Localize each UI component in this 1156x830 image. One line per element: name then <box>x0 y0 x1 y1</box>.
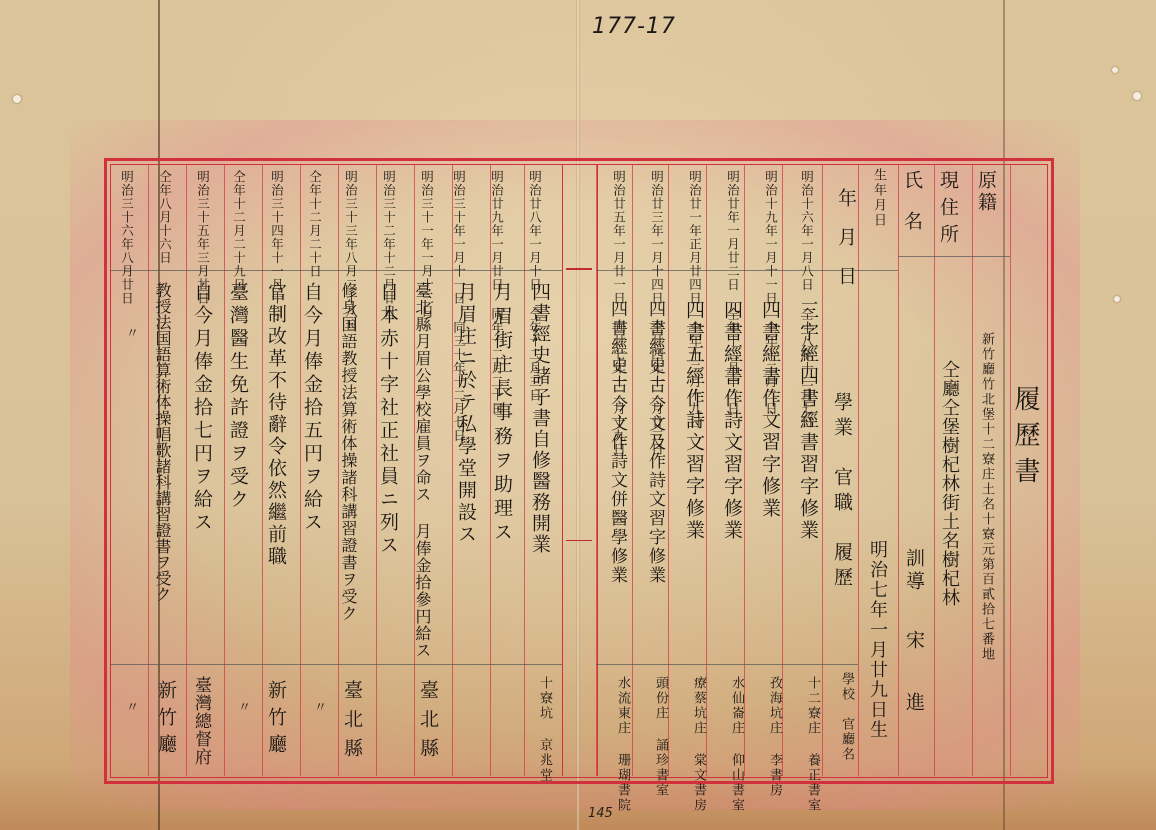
entry-career: 月眉街庄長事務ヲ助理ス <box>492 282 511 546</box>
birth-label: 生年月日 <box>872 168 885 228</box>
entry-career: 自今月俸金拾七円ヲ給ス <box>192 282 211 535</box>
name-title: 訓導 <box>904 548 923 594</box>
entry-place: 療蔡坑庄 棠文書房 <box>692 676 705 813</box>
entry-date: 明治三十六年八月廿日 <box>120 170 133 305</box>
document-title: 履歷書 <box>1012 385 1038 493</box>
name-value: 宋 進 <box>904 630 923 723</box>
origin-label: 原籍 <box>976 170 995 214</box>
entry-place: 〃 <box>236 700 249 715</box>
entry-career: 日本赤十字社正社員ニ列ス <box>378 282 397 558</box>
entry-place: 新竹廳 <box>156 680 175 761</box>
entry-career: 四書五經作詩文習字修業 <box>684 300 703 542</box>
entry-career: 自今月俸金拾五円ヲ給ス <box>302 282 321 535</box>
page-number: 145 <box>588 806 613 821</box>
origin-value: 新竹廳竹北堡十二寮庄土名十寮元第百貳拾七番地 <box>980 332 993 662</box>
entry-place: 水仙崙庄 仰山書室 <box>730 676 743 813</box>
entry-place: 臺灣總督府 <box>192 676 209 766</box>
entry-place: 〃 <box>124 700 137 715</box>
entry-career: 三字經四書經書習字修業 <box>798 300 817 542</box>
entry-career: 四書經書作文習字修業 <box>760 300 779 520</box>
entry-place: 臺北縣 <box>418 680 437 767</box>
entry-date: 仝年十二月二十九日 <box>232 170 245 292</box>
binding-hole <box>1112 67 1118 73</box>
center-gutter <box>562 164 598 776</box>
entry-date: 仝年八月十六日 <box>158 170 171 265</box>
binding-hole <box>1114 296 1120 302</box>
binding-hole <box>13 95 21 103</box>
birth-value: 明治七年一月廿九日生 <box>868 540 886 740</box>
entry-place: 十二寮庄 養正書室 <box>806 676 819 813</box>
entry-date: 仝年十二月二十日 <box>308 170 321 278</box>
gutter-mark <box>566 268 592 270</box>
entry-career: 四書經史古今文及作詩文習字修業 <box>646 300 663 585</box>
residence-value: 仝廳仝堡樹杞林街土名樹杞林 <box>940 360 958 607</box>
gutter-mark <box>566 540 592 541</box>
entry-career: 四書經史古今文作詩文併醫學修業 <box>608 300 625 585</box>
career-column-header: 學業 官職 履歷 <box>832 392 851 592</box>
entry-career: 月眉庄ニ於テ私學堂開設ス <box>456 282 475 546</box>
binding-hole <box>1133 92 1141 100</box>
entry-place: 〃 <box>312 700 325 715</box>
entry-place: 新竹廳 <box>266 680 285 761</box>
entry-career: 教授法国語算術体操唱歌諸科講習證書ヲ受ク <box>154 282 170 602</box>
entry-career: 四書經史諸子書自修醫務開業 <box>530 282 549 555</box>
school-column-header: 學校 官廳名 <box>840 672 853 762</box>
entry-place: 水流東庄 珊瑚書院 <box>616 676 629 813</box>
entry-career: 官制改革不待辭令依然繼前職 <box>266 282 285 568</box>
date-column-header: 年月日 <box>836 188 855 305</box>
entry-place: 孜海坑庄 李書房 <box>768 676 781 798</box>
name-label: 氏名 <box>902 170 921 252</box>
entry-place: 臺北縣 <box>342 680 361 767</box>
archive-number: 177-17 <box>592 14 676 39</box>
entry-place: 頭份庄 誦珍書室 <box>654 676 667 798</box>
entry-career: 四書經書作詩文習字修業 <box>722 300 741 542</box>
entry-career: 臺北縣月眉公學校雇員ヲ命ス 月俸金拾參円給ス <box>414 282 430 659</box>
entry-career: 臺灣醫生免許證ヲ受ク <box>228 282 247 512</box>
entry-career: 〃 <box>124 326 137 341</box>
entry-place: 十寮坑 京兆堂 <box>538 676 551 783</box>
residence-label: 現住所 <box>938 170 957 251</box>
entry-career: 修身国語教授法算術体操諸科講習證書ヲ受ク <box>340 282 356 622</box>
